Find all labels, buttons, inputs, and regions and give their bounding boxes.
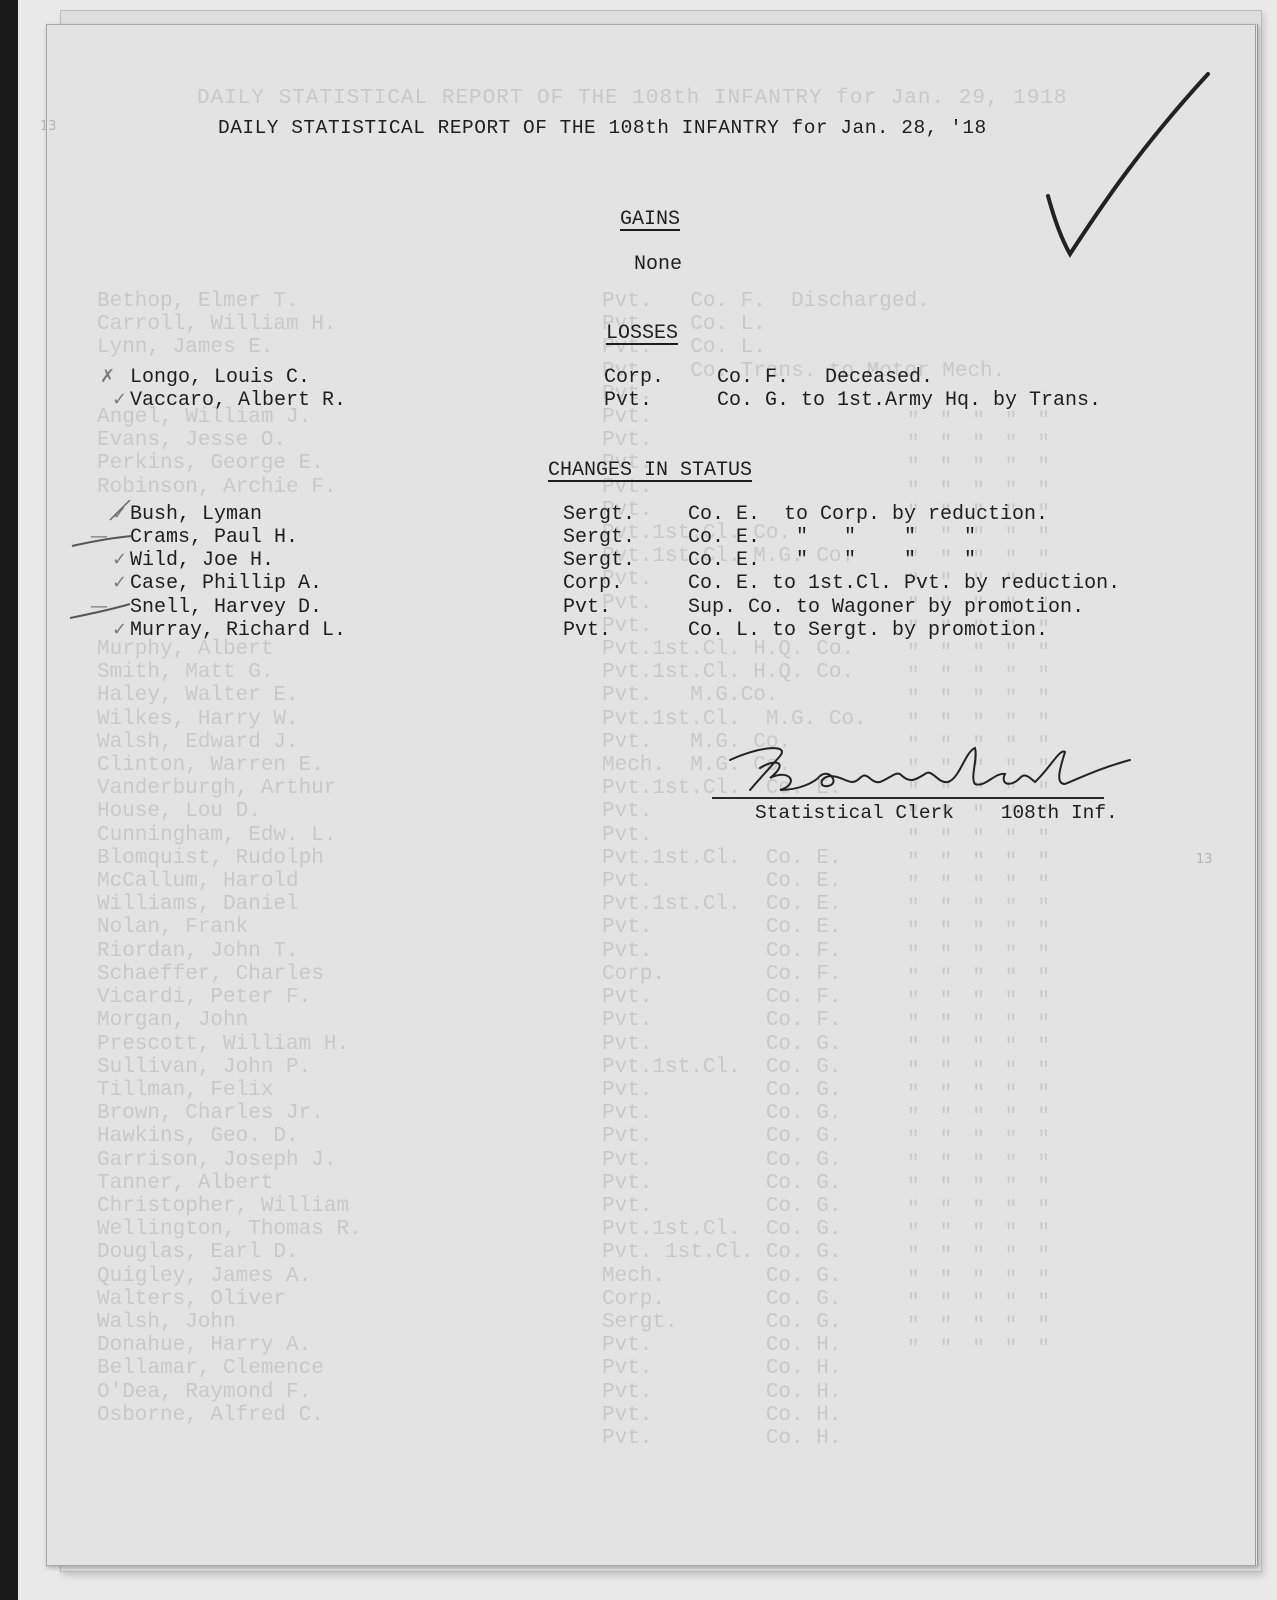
large-check-mark-icon [1040,68,1220,268]
check-mark-icon: ✓ [112,389,127,410]
loss-detail: Co. F. Deceased. [717,366,933,389]
soldier-rank: Pvt. [604,389,652,412]
x-mark-icon: ✗ [100,366,115,387]
status-change-detail: Co. E. to 1st.Cl. Pvt. by reduction. [688,572,1120,595]
signature-caption: Statistical Clerk 108th Inf. [755,802,1118,824]
soldier-rank: Pvt. [563,619,611,642]
losses-heading: LOSSES [606,322,678,345]
soldier-name: Murray, Richard L. [130,619,346,642]
soldier-name: Vaccaro, Albert R. [130,389,346,412]
scan-edge [0,0,18,1600]
signature-line [712,797,1104,799]
bleed-through-names: Bethop, Elmer T. Carroll, William H. Lyn… [97,290,362,1427]
status-change-detail: Co. L. to Sergt. by promotion. [688,619,1048,642]
loss-detail: Co. G. to 1st.Army Hq. by Trans. [717,389,1101,412]
soldier-name: Wild, Joe H. [130,549,274,572]
status-change-row: — Crams, Paul H. Sergt. Co. E. " " " " [0,526,1277,549]
handwritten-signature [720,738,1140,798]
report-title: DAILY STATISTICAL REPORT OF THE 108th IN… [218,117,987,139]
status-change-row: ✓ Murray, Richard L. Pvt. Co. L. to Serg… [0,619,1277,642]
soldier-name: Case, Phillip A. [130,572,322,595]
status-change-row: ✓ Wild, Joe H. Sergt. Co. E. " " " " [0,549,1277,572]
status-change-detail: Co. E. to Corp. by reduction. [688,503,1048,526]
soldier-rank: Pvt. [563,596,611,619]
right-margin-mark: 13 [1196,852,1213,867]
gains-none-text: None [634,253,682,276]
gains-heading: GAINS [620,208,680,231]
status-change-detail: Sup. Co. to Wagoner by promotion. [688,596,1084,619]
losses-row: ✗ Longo, Louis C. Corp. Co. F. Deceased. [0,366,1277,389]
soldier-name: Crams, Paul H. [130,526,298,549]
status-change-row: ✓ Bush, Lyman Sergt. Co. E. to Corp. by … [0,503,1277,526]
status-change-row: — Snell, Harvey D. Pvt. Sup. Co. to Wago… [0,596,1277,619]
soldier-name: Longo, Louis C. [130,366,310,389]
soldier-name: Snell, Harvey D. [130,596,322,619]
soldier-rank: Corp. [604,366,664,389]
status-change-detail: Co. E. " " " " [688,526,976,549]
soldier-rank: Sergt. [563,526,635,549]
status-change-detail: Co. E. " " " " [688,549,976,572]
losses-row: ✓ Vaccaro, Albert R. Pvt. Co. G. to 1st.… [0,389,1277,412]
bleed-through-title: DAILY STATISTICAL REPORT OF THE 108th IN… [197,87,1068,110]
soldier-rank: Corp. [563,572,623,595]
soldier-rank: Sergt. [563,549,635,572]
soldier-rank: Sergt. [563,503,635,526]
changes-in-status-heading: CHANGES IN STATUS [548,459,752,482]
left-margin-mark: 13 [40,119,57,134]
status-change-row: ✓ Case, Phillip A. Corp. Co. E. to 1st.C… [0,572,1277,595]
margin-pencil-strokes-icon [70,500,150,630]
